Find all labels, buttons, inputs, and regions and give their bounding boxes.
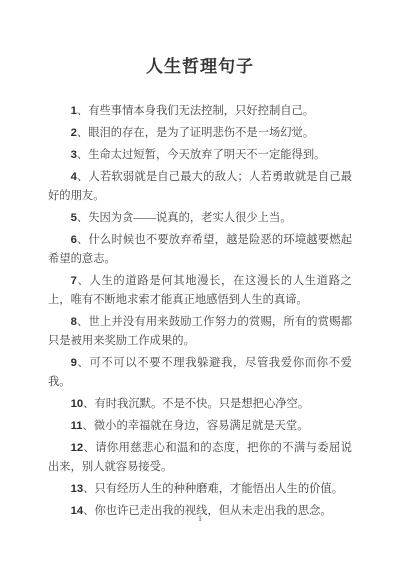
list-item: 6、什么时候也不要放弃希望，越是险恶的环境越要燃起希望的意志。	[48, 231, 352, 269]
item-separator: 、	[77, 105, 88, 117]
item-text: 失因为贪——说真的，老实人很少上当。	[88, 212, 291, 224]
list-item: 11、微小的幸福就在身边，容易满足就是天堂。	[48, 417, 352, 436]
item-number: 11	[71, 420, 83, 432]
item-text: 世上并没有用来鼓励工作努力的赏赐，所有的赏赐都只是被用来奖励工作成果的。	[48, 316, 352, 347]
item-separator: 、	[77, 171, 89, 183]
item-number: 12	[71, 442, 84, 454]
list-item: 7、人生的道路是何其地漫长，在这漫长的人生道路之上，唯有不断地求索才能真正地感悟…	[48, 272, 352, 310]
item-separator: 、	[77, 234, 89, 246]
item-text: 只有经历人生的种种磨难，才能悟出人生的价值。	[94, 483, 343, 495]
list-item: 9、可不可以不要不理我躲避我，尽管我爱你而你不爱我。	[48, 354, 352, 392]
item-separator: 、	[77, 149, 88, 161]
list-item: 1、有些事情本身我们无法控制，只好控制自己。	[48, 102, 352, 121]
item-text: 眼泪的存在，是为了证明悲伤不是一场幻觉。	[88, 127, 314, 139]
item-separator: 、	[77, 316, 89, 328]
page-title: 人生哲理句子	[0, 0, 400, 77]
item-text: 可不可以不要不理我躲避我，尽管我爱你而你不爱我。	[48, 357, 352, 388]
list-item: 4、人若软弱就是自己最大的敌人；人若勇敢就是自己最好的朋友。	[48, 168, 352, 206]
item-separator: 、	[83, 398, 94, 410]
list-item: 3、生命太过短暂，今天放弃了明天不一定能得到。	[48, 146, 352, 165]
item-separator: 、	[83, 442, 95, 454]
list-item: 5、失因为贪——说真的，老实人很少上当。	[48, 209, 352, 228]
item-text: 生命太过短暂，今天放弃了明天不一定能得到。	[88, 149, 325, 161]
item-separator: 、	[83, 483, 94, 495]
item-text: 有些事情本身我们无法控制，只好控制自己。	[88, 105, 314, 117]
item-text: 微小的幸福就在身边，容易满足就是天堂。	[94, 420, 309, 432]
list-item: 13、只有经历人生的种种磨难，才能悟出人生的价值。	[48, 480, 352, 499]
item-text: 人若软弱就是自己最大的敌人；人若勇敢就是自己最好的朋友。	[48, 171, 352, 202]
item-number: 13	[71, 483, 84, 495]
item-separator: 、	[77, 127, 88, 139]
item-text: 人生的道路是何其地漫长，在这漫长的人生道路之上，唯有不断地求索才能真正地感悟到人…	[48, 275, 352, 306]
item-number: 10	[71, 398, 84, 410]
list-item: 10、有时我沉默。不是不快。只是想把心净空。	[48, 395, 352, 414]
document-page: 人生哲理句子 1、有些事情本身我们无法控制，只好控制自己。 2、眼泪的存在，是为…	[0, 0, 400, 565]
item-separator: 、	[77, 212, 88, 224]
item-separator: 、	[77, 275, 90, 287]
list-item: 12、请你用慈悲心和温和的态度，把你的不满与委屈说出来，别人就容易接受。	[48, 439, 352, 477]
list-item: 2、眼泪的存在，是为了证明悲伤不是一场幻觉。	[48, 124, 352, 143]
item-text: 有时我沉默。不是不快。只是想把心净空。	[94, 398, 309, 410]
page-number: 1	[0, 514, 400, 523]
list-item: 8、世上并没有用来鼓励工作努力的赏赐，所有的赏赐都只是被用来奖励工作成果的。	[48, 313, 352, 351]
item-separator: 、	[77, 357, 90, 369]
document-body: 1、有些事情本身我们无法控制，只好控制自己。 2、眼泪的存在，是为了证明悲伤不是…	[0, 102, 400, 521]
item-text: 什么时候也不要放弃希望，越是险恶的环境越要燃起希望的意志。	[48, 234, 352, 265]
item-separator: 、	[83, 420, 94, 432]
